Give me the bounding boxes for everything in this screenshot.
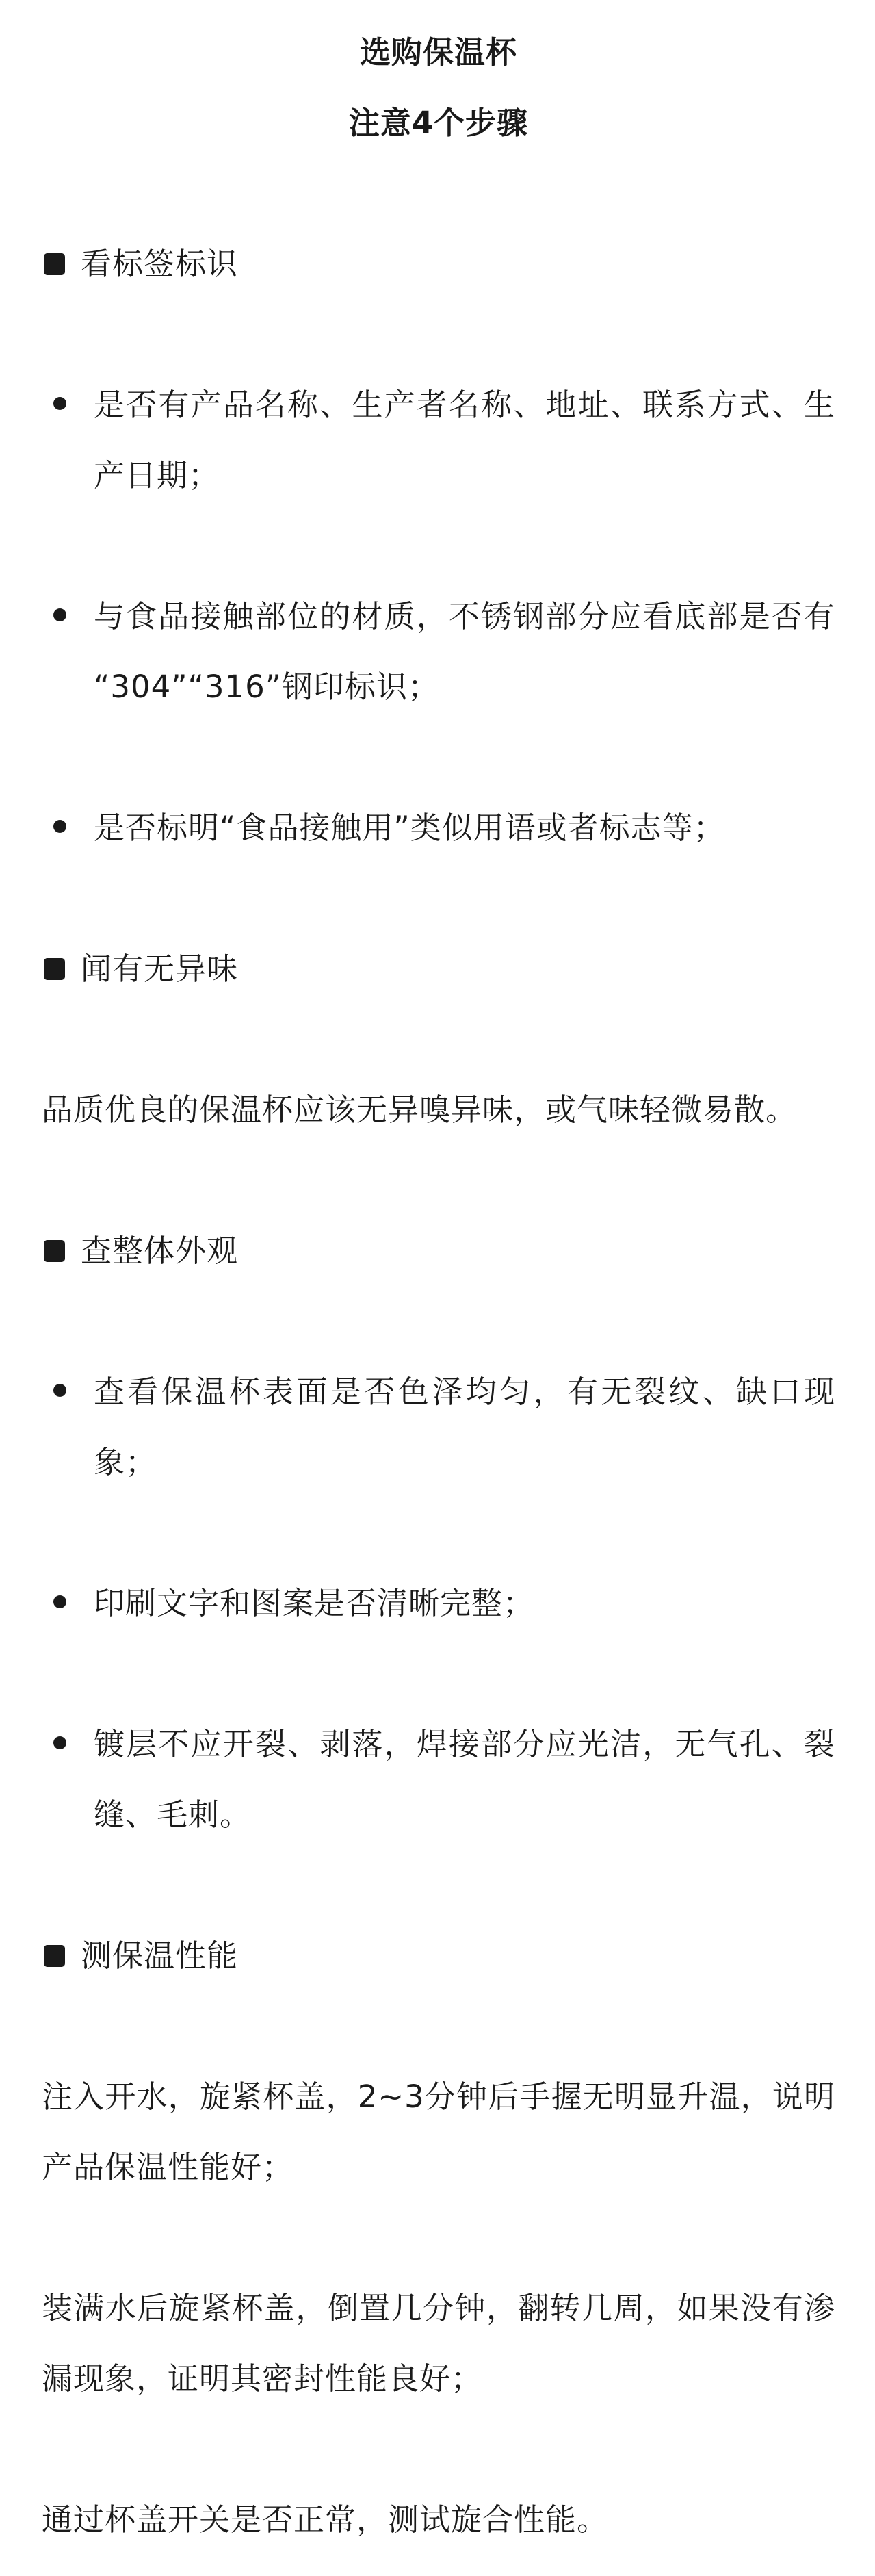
bullet-text-line: 与食品接触部位的材质，不锈钢部分应看底部是否有 (94, 581, 835, 652)
black-square-marker-icon (44, 1945, 65, 1967)
paragraph-line: 产品保温性能好； (42, 2132, 835, 2202)
bullet-text-line: 缝、毛刺。 (94, 1779, 835, 1850)
bullet-text-line: 镀层不应开裂、剥落，焊接部分应光洁，无气孔、裂 (94, 1709, 835, 1779)
section-heading-text: 查整体外观 (81, 1215, 238, 1286)
black-square-marker-icon (44, 958, 65, 980)
section-heading-text: 测保温性能 (81, 1920, 238, 1991)
black-square-marker-icon (44, 1240, 65, 1262)
bullet-item: 是否有产品名称、生产者名称、地址、联系方式、生 产日期； (42, 370, 835, 511)
bullet-text-line: 查看保温杯表面是否色泽均匀，有无裂纹、缺口现 (94, 1356, 835, 1427)
paragraph: 装满水后旋紧杯盖，倒置几分钟，翻转几周，如果没有渗 漏现象，证明其密封性能良好； (42, 2273, 835, 2414)
paragraph: 品质优良的保温杯应该无异嗅异味，或气味轻微易散。 (42, 1074, 835, 1145)
section-heading-text: 看标签标识 (81, 229, 238, 299)
bullet-dot-icon (53, 608, 66, 621)
paragraph-line: 装满水后旋紧杯盖，倒置几分钟，翻转几周，如果没有渗 (42, 2273, 835, 2343)
bullet-dot-icon (53, 1736, 66, 1749)
bullet-dot-icon (53, 1384, 66, 1397)
section-heading-text: 闻有无异味 (81, 933, 238, 1004)
paragraph-line: 通过杯盖开关是否正常，测试旋合性能。 (42, 2484, 835, 2555)
section-heading-smell-check: 闻有无异味 (42, 933, 835, 1004)
section-heading-label-check: 看标签标识 (42, 229, 835, 299)
bullet-item: 查看保温杯表面是否色泽均匀，有无裂纹、缺口现 象； (42, 1356, 835, 1497)
paragraph-line: 注入开水，旋紧杯盖，2~3分钟后手握无明显升温，说明 (42, 2061, 835, 2132)
bullet-text-line: 印刷文字和图案是否清晰完整； (94, 1568, 835, 1638)
bullet-item: 印刷文字和图案是否清晰完整； (42, 1568, 835, 1638)
article-title: 选购保温杯 (42, 17, 835, 88)
bullet-dot-icon (53, 1595, 66, 1608)
bullet-dot-icon (53, 820, 66, 833)
paragraph-line: 漏现象，证明其密封性能良好； (42, 2343, 835, 2414)
bullet-text-line: “304”“316”钢印标识； (94, 652, 835, 722)
article-header: 选购保温杯 注意4个步骤 (42, 17, 835, 158)
bullet-text-line: 产日期； (94, 440, 835, 511)
section-heading-insulation-test: 测保温性能 (42, 1920, 835, 1991)
black-square-marker-icon (44, 253, 65, 275)
bullet-item: 与食品接触部位的材质，不锈钢部分应看底部是否有 “304”“316”钢印标识； (42, 581, 835, 722)
article-subtitle: 注意4个步骤 (42, 88, 835, 158)
bullet-item: 是否标明“食品接触用”类似用语或者标志等； (42, 793, 835, 863)
paragraph-line: 品质优良的保温杯应该无异嗅异味，或气味轻微易散。 (42, 1074, 835, 1145)
section-heading-appearance-check: 查整体外观 (42, 1215, 835, 1286)
bullet-text-line: 象； (94, 1427, 835, 1497)
bullet-text-line: 是否有产品名称、生产者名称、地址、联系方式、生 (94, 370, 835, 440)
paragraph: 注入开水，旋紧杯盖，2~3分钟后手握无明显升温，说明 产品保温性能好； (42, 2061, 835, 2202)
paragraph: 通过杯盖开关是否正常，测试旋合性能。 (42, 2484, 835, 2555)
bullet-item: 镀层不应开裂、剥落，焊接部分应光洁，无气孔、裂 缝、毛刺。 (42, 1709, 835, 1850)
article-page: 选购保温杯 注意4个步骤 看标签标识 是否有产品名称、生产者名称、地址、联系方式… (0, 0, 875, 2576)
bullet-dot-icon (53, 397, 66, 410)
bullet-text-line: 是否标明“食品接触用”类似用语或者标志等； (94, 793, 835, 863)
